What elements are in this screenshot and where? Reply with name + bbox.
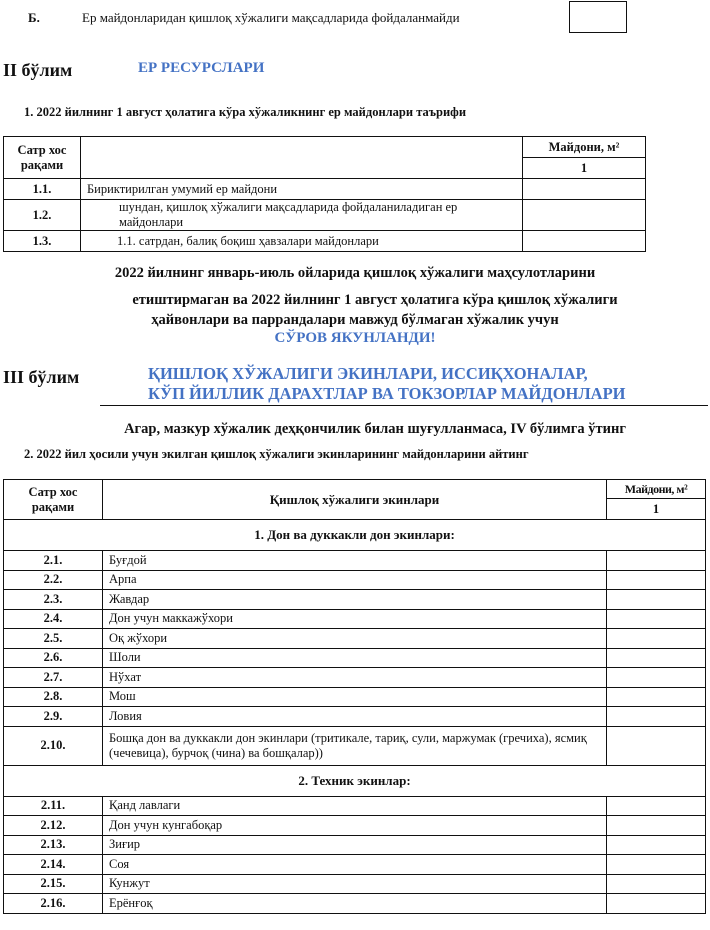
table-row: 2.7.Нўхат	[4, 668, 706, 688]
section-3-title: ҚИШЛОҚ ХЎЖАЛИГИ ЭКИНЛАРИ, ИССИҚХОНАЛАР, …	[148, 364, 626, 404]
section-2-label: II бўлим	[3, 60, 72, 81]
area-input[interactable]	[607, 648, 706, 668]
row-code: 2.5.	[4, 629, 103, 649]
table-row: 2.12.Дон учун кунгабоқар	[4, 816, 706, 836]
crop-name: Бошқа дон ва дуккакли дон экинлари (трит…	[103, 726, 607, 765]
row-code: 2.15.	[4, 874, 103, 894]
crop-name: Кунжут	[103, 874, 607, 894]
crops-table: Сатр хос рақами Қишлоқ хўжалиги экинлари…	[3, 479, 706, 914]
option-b-checkbox[interactable]	[569, 1, 627, 33]
row-code: 2.9.	[4, 707, 103, 727]
table-row: 1.2.шундан, қишлоқ хўжалиги мақсадларида…	[4, 200, 646, 231]
row-code: 2.14.	[4, 855, 103, 875]
section-3-label: III бўлим	[3, 367, 79, 388]
table-row: 2.8.Мош	[4, 687, 706, 707]
crop-name: Оқ жўхори	[103, 629, 607, 649]
table-row: 2.9.Ловия	[4, 707, 706, 727]
row-name: шундан, қишлоқ хўжалиги мақсадларида фой…	[81, 200, 523, 231]
crop-name: Буғдой	[103, 551, 607, 571]
crop-name: Зиғир	[103, 835, 607, 855]
row-name: 1.1. сатрдан, балиқ боқиш ҳавзалари майд…	[81, 231, 523, 252]
area-input[interactable]	[523, 179, 646, 200]
row-code: 2.11.	[4, 796, 103, 816]
row-code: 2.12.	[4, 816, 103, 836]
col-header-blank	[81, 137, 523, 179]
table-row: 2.16.Ерёнғоқ	[4, 894, 706, 914]
col-header-crop: Қишлоқ хўжалиги экинлари	[103, 480, 607, 520]
section-3-title-line-2: КЎП ЙИЛЛИК ДАРАХТЛАР ВА ТОКЗОРЛАР МАЙДОН…	[148, 384, 626, 404]
table-row: 1.1.Бириктирилган умумий ер майдони	[4, 179, 646, 200]
col-header-code: Сатр хос рақами	[4, 137, 81, 179]
col-header-crop-label: Қишлоқ хўжалиги экинлари	[270, 492, 440, 507]
area-input[interactable]	[607, 726, 706, 765]
crop-name: Арпа	[103, 570, 607, 590]
row-code: 2.3.	[4, 590, 103, 610]
table-row: 2.15.Кунжут	[4, 874, 706, 894]
area-input[interactable]	[607, 707, 706, 727]
question-2: 2. 2022 йил ҳосили учун экилган қишлоқ х…	[24, 447, 529, 462]
area-input[interactable]	[607, 629, 706, 649]
area-input[interactable]	[607, 609, 706, 629]
row-code: 2.8.	[4, 687, 103, 707]
group-title: 2. Техник экинлар:	[4, 765, 706, 796]
area-input[interactable]	[607, 894, 706, 914]
row-code: 2.1.	[4, 551, 103, 571]
table-row: 2.4.Дон учун маккажўхори	[4, 609, 706, 629]
row-code: 1.1.	[4, 179, 81, 200]
table-row: 2.10.Бошқа дон ва дуккакли дон экинлари …	[4, 726, 706, 765]
crop-name: Дон учун кунгабоқар	[103, 816, 607, 836]
row-code: 2.10.	[4, 726, 103, 765]
crop-name: Жавдар	[103, 590, 607, 610]
end-message-line-1: 2022 йилнинг январь-июль ойларида қишлоқ…	[0, 265, 710, 282]
question-1: 1. 2022 йилнинг 1 август ҳолатига кўра х…	[24, 105, 466, 120]
row-code: 1.3.	[4, 231, 81, 252]
row-code: 2.2.	[4, 570, 103, 590]
section-3-title-line-1: ҚИШЛОҚ ХЎЖАЛИГИ ЭКИНЛАРИ, ИССИҚХОНАЛАР,	[148, 364, 626, 384]
area-input[interactable]	[607, 590, 706, 610]
area-input[interactable]	[607, 855, 706, 875]
col-header-area: Майдони, м²	[607, 480, 706, 499]
area-input[interactable]	[607, 551, 706, 571]
area-input[interactable]	[607, 570, 706, 590]
crop-name: Соя	[103, 855, 607, 875]
table-row: 2.6.Шоли	[4, 648, 706, 668]
row-code: 2.4.	[4, 609, 103, 629]
crop-name: Ловия	[103, 707, 607, 727]
row-code: 2.16.	[4, 894, 103, 914]
group-header-row: 2. Техник экинлар:	[4, 765, 706, 796]
option-b-text: Ер майдонларидан қишлоқ хўжалиги мақсадл…	[82, 10, 460, 26]
col-header-area-num: 1	[523, 158, 646, 179]
table-row: 1.3.1.1. сатрдан, балиқ боқиш ҳавзалари …	[4, 231, 646, 252]
table-row: 2.3.Жавдар	[4, 590, 706, 610]
land-resources-table: Сатр хос рақами Майдони, м² 1 1.1.Бирикт…	[3, 136, 646, 252]
area-input[interactable]	[607, 835, 706, 855]
section-2-title: ЕР РЕСУРСЛАРИ	[138, 60, 264, 77]
col-header-code: Сатр хос рақами	[4, 480, 103, 520]
area-input[interactable]	[607, 668, 706, 688]
survey-complete: СЎРОВ ЯКУНЛАНДИ!	[0, 330, 710, 347]
table-row: 2.5.Оқ жўхори	[4, 629, 706, 649]
area-input[interactable]	[607, 796, 706, 816]
group-header-row: 1. Дон ва дуккакли дон экинлари:	[4, 520, 706, 551]
col-header-area: Майдони, м²	[523, 137, 646, 158]
table-row: 2.14.Соя	[4, 855, 706, 875]
row-name: Бириктирилган умумий ер майдони	[81, 179, 523, 200]
option-b-label: Б.	[28, 10, 40, 26]
area-input[interactable]	[523, 200, 646, 231]
crop-name: Қанд лавлаги	[103, 796, 607, 816]
group-title: 1. Дон ва дуккакли дон экинлари:	[4, 520, 706, 551]
end-message-line-3: ҳайвонлари ва паррандалари мавжуд бўлмаг…	[0, 312, 710, 329]
area-input[interactable]	[607, 816, 706, 836]
crop-name: Ерёнғоқ	[103, 894, 607, 914]
section-3-divider	[100, 405, 708, 406]
row-code: 2.13.	[4, 835, 103, 855]
col-header-area-num: 1	[607, 499, 706, 520]
row-code: 1.2.	[4, 200, 81, 231]
area-input[interactable]	[523, 231, 646, 252]
crop-name: Мош	[103, 687, 607, 707]
table-row: 2.13.Зиғир	[4, 835, 706, 855]
crop-name: Шоли	[103, 648, 607, 668]
skip-instruction: Агар, мазкур хўжалик деҳқончилик билан ш…	[0, 421, 710, 438]
row-code: 2.7.	[4, 668, 103, 688]
table-row: 2.2.Арпа	[4, 570, 706, 590]
area-input[interactable]	[607, 874, 706, 894]
table-row: 2.11.Қанд лавлаги	[4, 796, 706, 816]
crop-name: Дон учун маккажўхори	[103, 609, 607, 629]
area-input[interactable]	[607, 687, 706, 707]
row-code: 2.6.	[4, 648, 103, 668]
crop-name: Нўхат	[103, 668, 607, 688]
end-message-line-2: етиштирмаган ва 2022 йилнинг 1 август ҳо…	[0, 292, 710, 309]
table-row: 2.1.Буғдой	[4, 551, 706, 571]
